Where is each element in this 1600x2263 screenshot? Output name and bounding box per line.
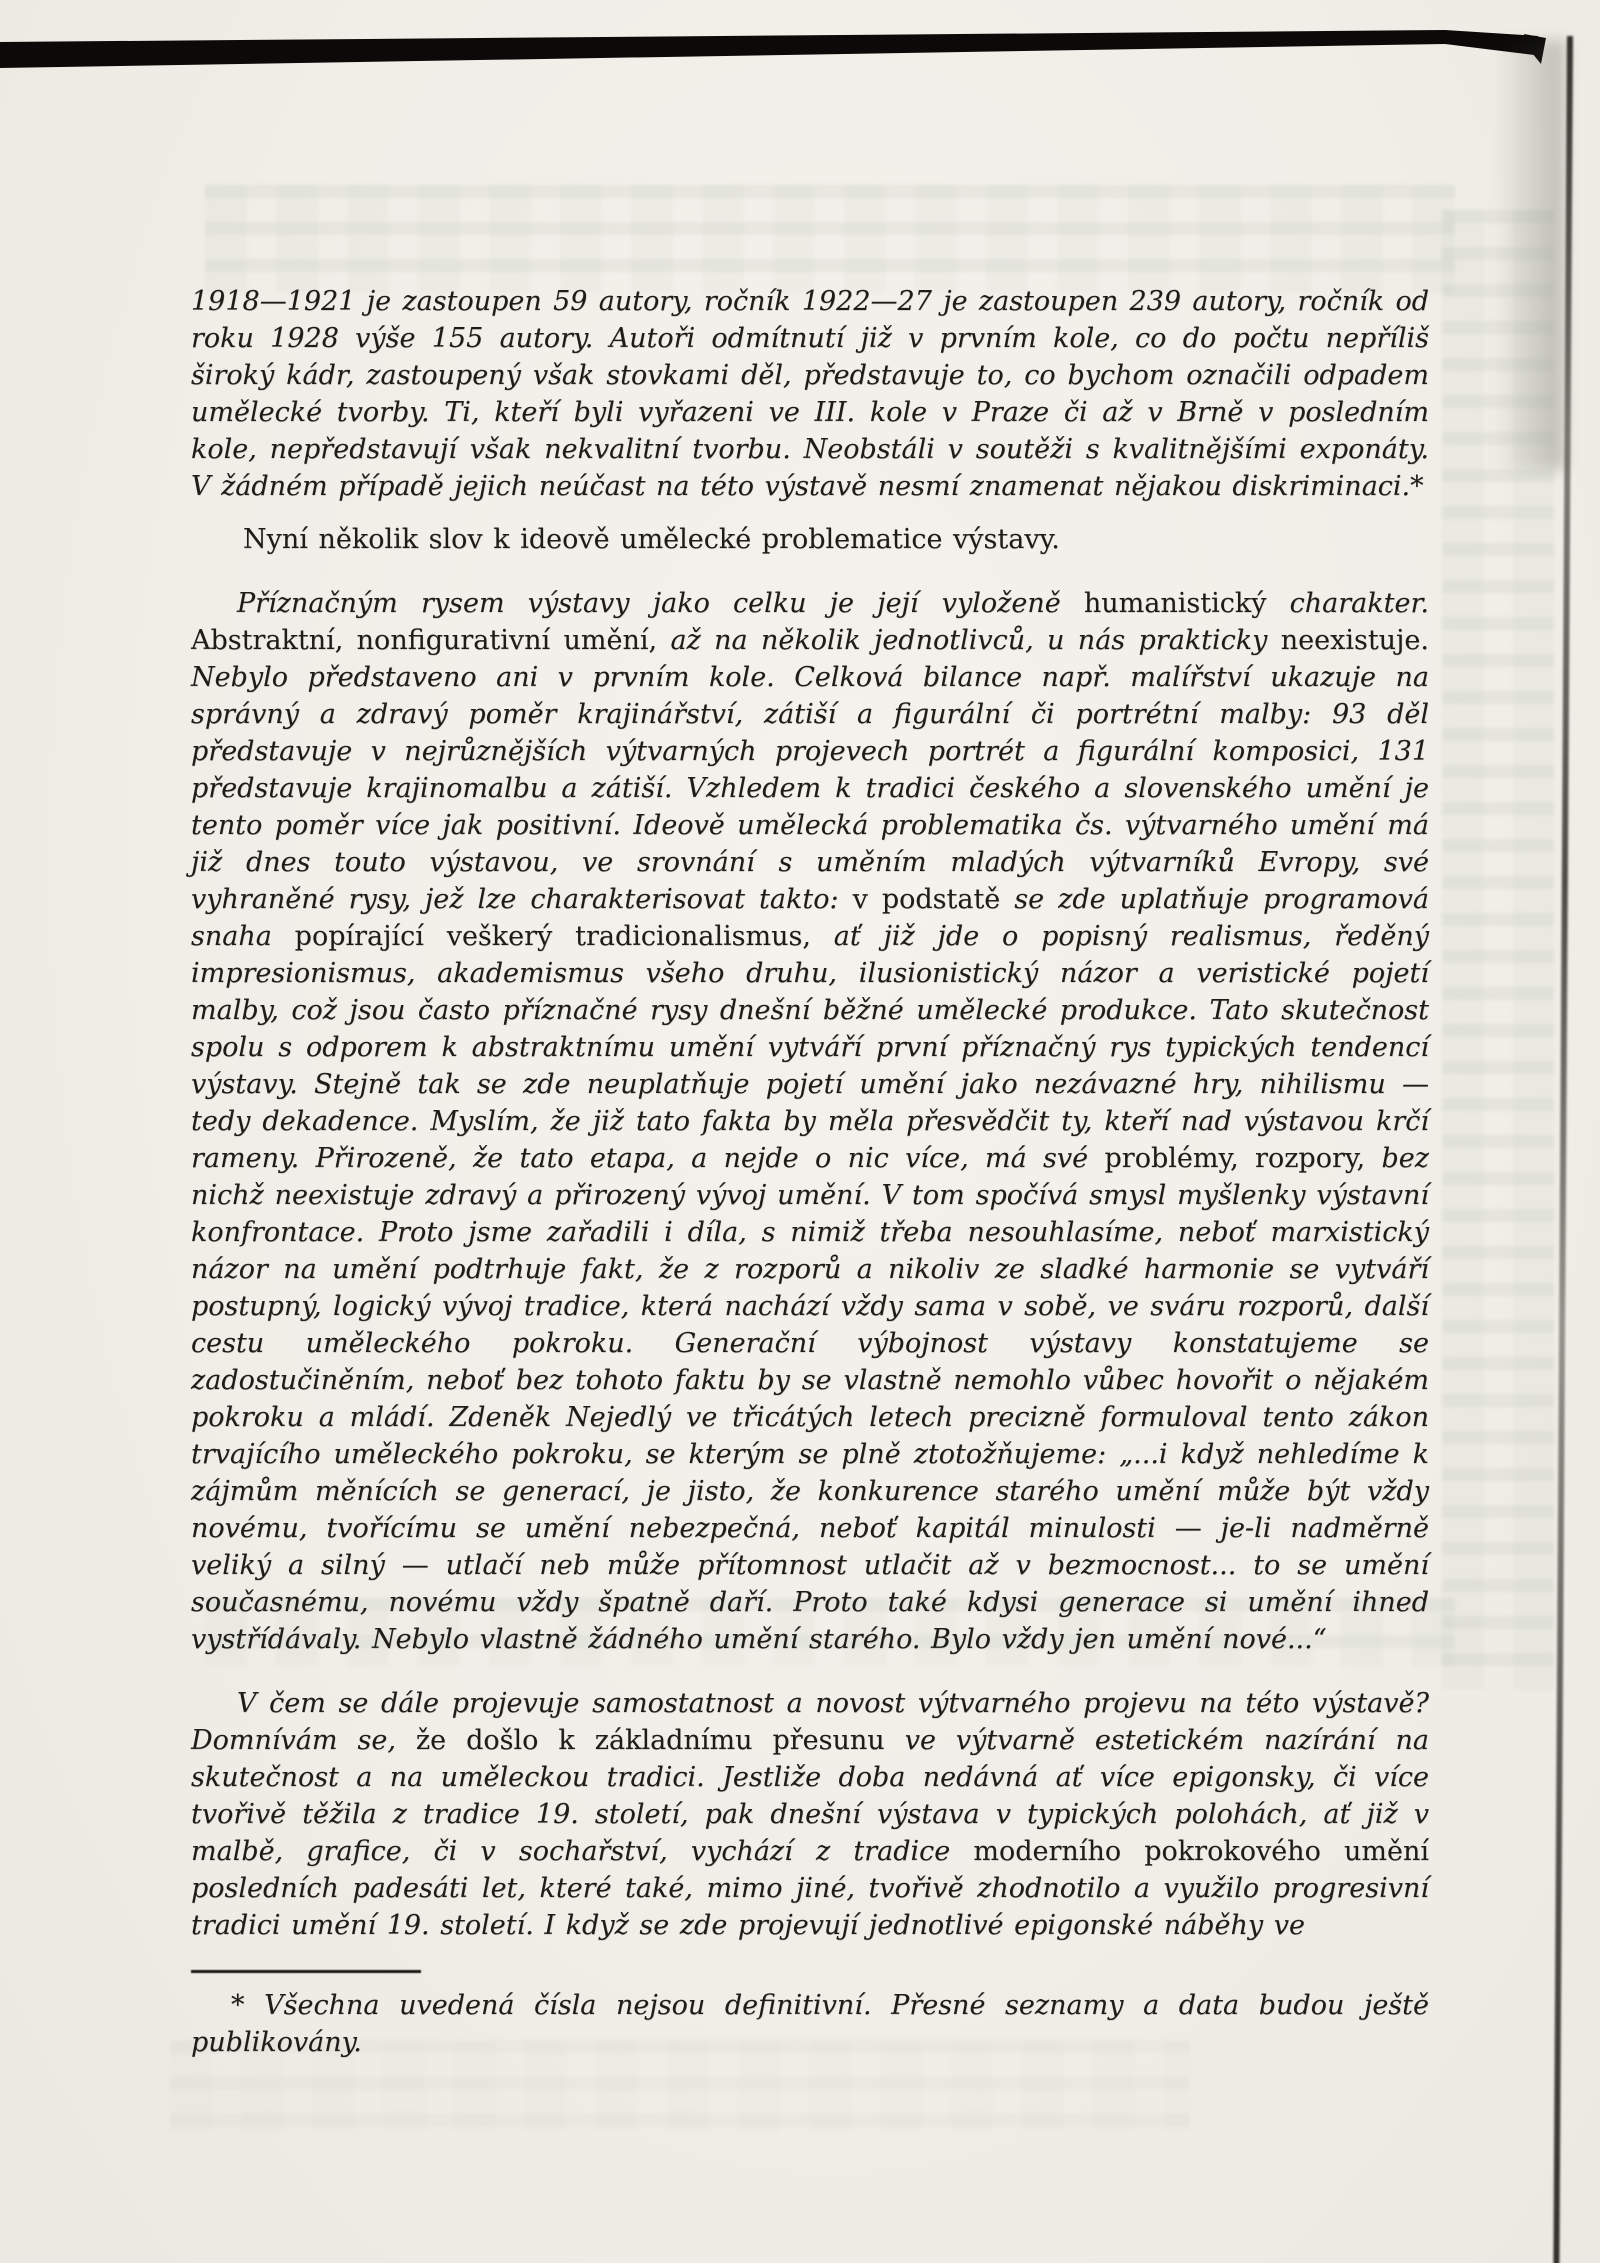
section-heading: Nyní několik slov k ideově umělecké prob… — [191, 521, 1429, 558]
footnote-text: * Všechna uvedená čísla nejsou definitiv… — [191, 1987, 1429, 2061]
text-run-italic: posledních padesáti let, které také, mim… — [191, 1873, 1429, 1941]
page-text-block: 1918—1921 je zastoupen 59 autory, ročník… — [191, 283, 1429, 2061]
scan-shadow-smudge — [1495, 40, 1565, 470]
text-run-roman: že došlo k základnímu přesunu — [416, 1725, 905, 1756]
text-run-roman: humanistický — [1084, 588, 1290, 619]
scanned-document-page: 1918—1921 je zastoupen 59 autory, ročník… — [0, 0, 1600, 2263]
text-run-roman: Nyní několik slov k ideově umělecké prob… — [243, 524, 1060, 555]
scan-edge-top-bar — [0, 0, 1600, 90]
paragraph-continuation: 1918—1921 je zastoupen 59 autory, ročník… — [191, 283, 1429, 505]
footnote-separator-rule — [191, 1970, 421, 1973]
footnote: * Všechna uvedená čísla nejsou definitiv… — [191, 1970, 1429, 2061]
text-run-roman: v podstatě — [853, 884, 1015, 915]
text-run-italic: charakter. — [1290, 588, 1429, 619]
paragraph-novelty: V čem se dále projevuje samostatnost a n… — [191, 1685, 1429, 1944]
text-run-roman: moderního pokrokového umění — [973, 1836, 1429, 1867]
text-run-italic: Příznačným rysem výstavy jako celku je j… — [237, 588, 1084, 619]
paragraph-humanistic-character: Příznačným rysem výstavy jako celku je j… — [191, 585, 1429, 1658]
text-run-italic: * Všechna uvedená čísla nejsou definitiv… — [191, 1990, 1429, 2058]
text-run-italic: ať již jde o popisný realismus, ředěný i… — [191, 921, 1429, 1174]
text-run-roman: popírající veškerý tradicionalismus, — [295, 921, 834, 952]
text-run-italic: až na několik jednotlivců, u nás praktic… — [670, 625, 1280, 656]
text-run-roman: problémy, rozpory, — [1105, 1143, 1382, 1174]
text-run-italic: Nebylo představeno ani v prvním kole. Ce… — [191, 662, 1429, 915]
text-run-roman: Abstraktní, nonfigurativní umění, — [191, 625, 670, 656]
text-run-italic: bez nichž neexistuje zdravý a přirozený … — [191, 1143, 1429, 1655]
text-run-roman: neexistuje. — [1281, 625, 1429, 656]
text-run-italic: 1918—1921 je zastoupen 59 autory, ročník… — [191, 286, 1429, 502]
bleed-through-artifact — [205, 185, 1455, 293]
